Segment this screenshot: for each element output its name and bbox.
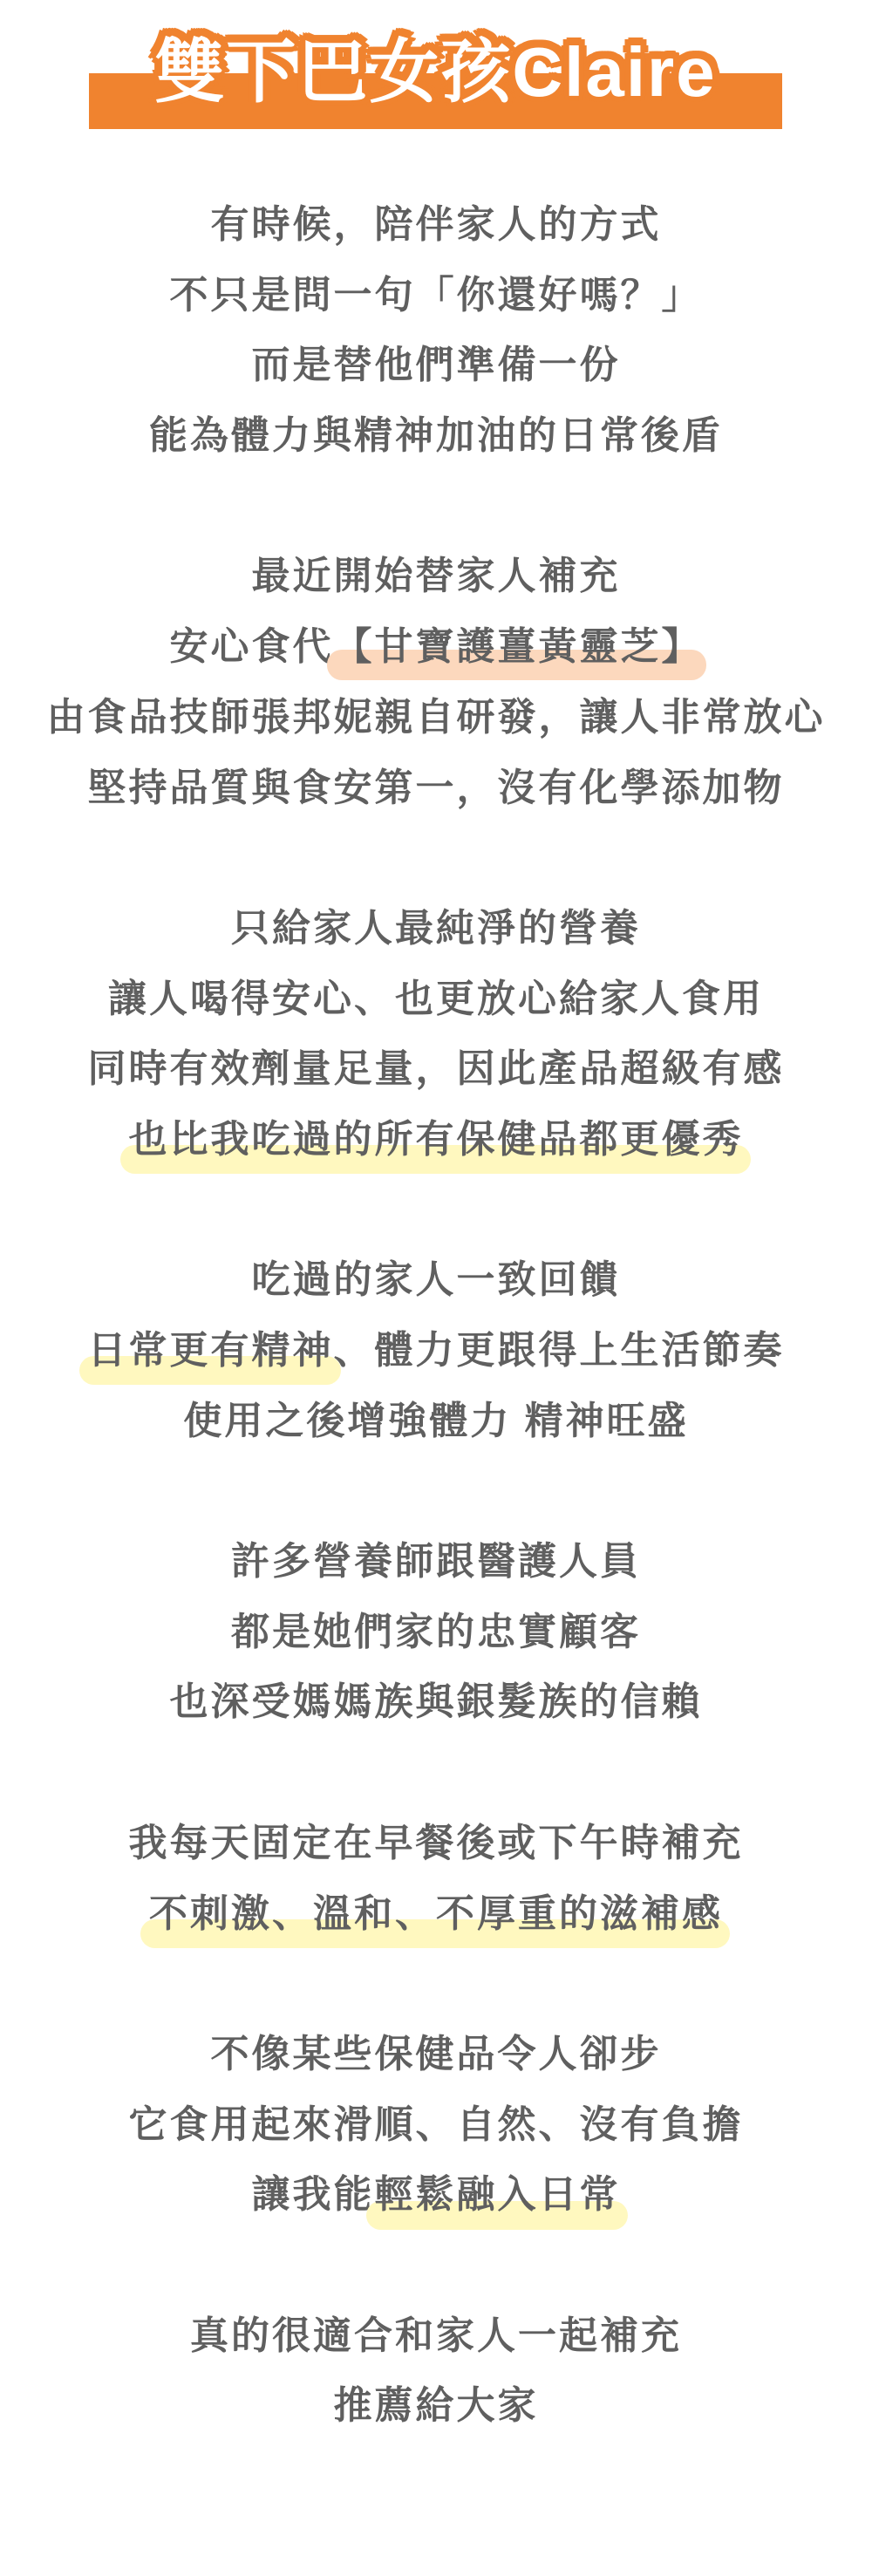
text-line-with-highlight: 也比我吃過的所有保健品都更優秀 xyxy=(0,1105,872,1176)
text-segment: 、體力更跟得上生活節奏 xyxy=(334,1329,785,1372)
paragraph-texture: 不像某些保健品令人卻步 它食用起來滑順、自然、沒有負擔 讓我能輕鬆融入日常 xyxy=(0,2020,872,2231)
highlighted-phrase: 不刺激、溫和、不厚重的滋補感 xyxy=(149,1879,723,1950)
text-line: 也深受媽媽族與銀髮族的信賴 xyxy=(0,1667,872,1738)
highlighted-phrase: 日常更有精神 xyxy=(88,1316,334,1387)
page-header: 雙下巴女孩Claire xyxy=(0,0,872,140)
text-line: 我每天固定在早餐後或下午時補充 xyxy=(0,1809,872,1879)
text-line: 最近開始替家人補充 xyxy=(0,542,872,612)
highlighted-phrase: 輕鬆融入日常 xyxy=(375,2160,621,2231)
text-line: 它食用起來滑順、自然、沒有負擔 xyxy=(0,2090,872,2161)
paragraph-nutrition: 只給家人最純淨的營養 讓人喝得安心、也更放心給家人食用 同時有效劑量足量，因此產… xyxy=(0,894,872,1176)
text-line: 堅持品質與食安第一，沒有化學添加物 xyxy=(0,753,872,824)
text-line: 許多營養師跟醫護人員 xyxy=(0,1527,872,1598)
page-title: 雙下巴女孩Claire xyxy=(89,24,782,120)
text-line: 同時有效劑量足量，因此產品超級有感 xyxy=(0,1034,872,1105)
article-body: 有時候，陪伴家人的方式 不只是問一句「你還好嗎？」 而是替他們準備一份 能為體力… xyxy=(0,190,872,2512)
text-line: 由食品技師張邦妮親自研發，讓人非常放心 xyxy=(0,683,872,753)
text-line: 吃過的家人一致回饋 xyxy=(0,1245,872,1316)
text-line: 真的很適合和家人一起補充 xyxy=(0,2301,872,2372)
text-line-with-highlight: 安心食代【甘寶護薑黃靈芝】 xyxy=(0,612,872,683)
text-line: 都是她們家的忠實顧客 xyxy=(0,1598,872,1668)
paragraph-intro: 有時候，陪伴家人的方式 不只是問一句「你還好嗎？」 而是替他們準備一份 能為體力… xyxy=(0,190,872,472)
text-line: 推薦給大家 xyxy=(0,2371,872,2442)
text-line: 不像某些保健品令人卻步 xyxy=(0,2020,872,2090)
paragraph-recommendation: 真的很適合和家人一起補充 推薦給大家 xyxy=(0,2301,872,2442)
text-line: 有時候，陪伴家人的方式 xyxy=(0,190,872,261)
text-line-with-highlight: 讓我能輕鬆融入日常 xyxy=(0,2160,872,2231)
text-line-with-highlight: 日常更有精神、體力更跟得上生活節奏 xyxy=(0,1316,872,1387)
paragraph-trust: 許多營養師跟醫護人員 都是她們家的忠實顧客 也深受媽媽族與銀髮族的信賴 xyxy=(0,1527,872,1738)
product-name-highlight: 【甘寶護薑黃靈芝】 xyxy=(334,612,703,683)
text-line: 使用之後增強體力 精神旺盛 xyxy=(0,1387,872,1457)
text-line: 只給家人最純淨的營養 xyxy=(0,894,872,964)
text-line: 讓人喝得安心、也更放心給家人食用 xyxy=(0,964,872,1035)
paragraph-feedback: 吃過的家人一致回饋 日常更有精神、體力更跟得上生活節奏 使用之後增強體力 精神旺… xyxy=(0,1245,872,1456)
text-line-with-highlight: 不刺激、溫和、不厚重的滋補感 xyxy=(0,1879,872,1950)
paragraph-product: 最近開始替家人補充 安心食代【甘寶護薑黃靈芝】 由食品技師張邦妮親自研發，讓人非… xyxy=(0,542,872,823)
highlighted-phrase: 也比我吃過的所有保健品都更優秀 xyxy=(129,1105,744,1176)
text-segment: 安心食代 xyxy=(170,625,334,668)
text-line: 不只是問一句「你還好嗎？」 xyxy=(0,261,872,331)
text-segment: 讓我能 xyxy=(252,2173,375,2216)
paragraph-routine: 我每天固定在早餐後或下午時補充 不刺激、溫和、不厚重的滋補感 xyxy=(0,1809,872,1949)
text-line: 能為體力與精神加油的日常後盾 xyxy=(0,401,872,472)
text-line: 而是替他們準備一份 xyxy=(0,331,872,401)
